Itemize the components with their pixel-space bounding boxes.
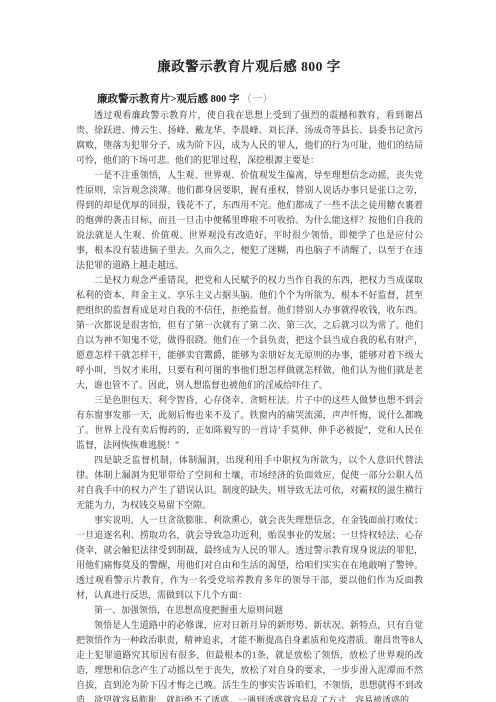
paragraph-1: 透过观看廉政警示教育片，使自我在思想上受到了强烈的震撼和教育，看到谢昌贵、徐跃进… [76,108,423,168]
paragraphs: 透过观看廉政警示教育片，使自我在思想上受到了强烈的震撼和教育，看到谢昌贵、徐跃进… [76,108,423,702]
document-title: 廉政警示教育片观后感 800 字 [76,58,422,76]
section-heading-text: 廉政警示教育片>观后感 800 字 [97,94,239,105]
section-heading: 廉政警示教育片>观后感 800 字（一） [76,92,422,108]
paragraph-3: 二是权力观念严重错误，把党和人民赋予的权力当作自我的东西，把权力当成谋取私利的资… [76,273,423,393]
paragraph-4: 三是色胆包天、利令智昏，心存侥幸、贪赃枉法。片子中的这些人做梦也想不到会有东窗事… [76,393,423,453]
document-page: 廉政警示教育片观后感 800 字 廉政警示教育片>观后感 800 字（一） 透过… [0,0,496,702]
paragraph-6: 事实说明，人一旦贪欲膨胀、利欲熏心，就会丧失理想信念，在金钱面前打败仗；一旦追逐… [76,513,423,603]
paragraph-2: 一是不注重领悟，人生观、世界观、价值观发生偏离，导至理想信念动摇，丧失党性原则，… [76,168,423,273]
section-heading-marker: （一） [241,94,273,105]
paragraph-5: 四是缺乏监督机制，体制漏洞，出现利用手中职权为所欲为，以个人意识代替法律。体制上… [76,453,423,513]
paragraph-7: 第一、加强领悟，在思想高度把握重大原则问题 [76,603,423,618]
paragraph-8: 领悟是人生道路中的必修课，应对日新月异的新形势、新状况、新特点，只有自觉把领悟作… [76,618,423,702]
